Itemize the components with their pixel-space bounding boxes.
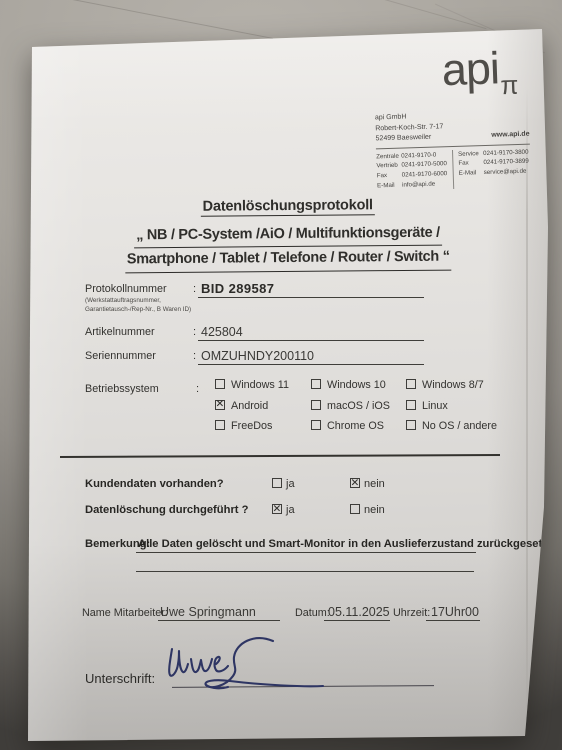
os-option-label: Chrome OS bbox=[327, 420, 384, 432]
kundendaten-nein-option: nein bbox=[350, 478, 385, 490]
colon: : bbox=[193, 350, 196, 362]
os-option-linux: Linux bbox=[406, 400, 546, 412]
checkbox bbox=[272, 478, 282, 488]
checkbox bbox=[311, 400, 321, 410]
checkbox bbox=[215, 420, 225, 430]
datenloeschung-nein-option: nein bbox=[350, 504, 385, 516]
artikelnummer-line bbox=[198, 340, 424, 341]
company-website: www.api.de bbox=[491, 130, 530, 142]
datenloeschung-ja-option: ja bbox=[272, 504, 295, 516]
bemerkung-line-1 bbox=[136, 552, 476, 553]
artikelnummer-value: 425804 bbox=[201, 325, 243, 339]
datum-label: Datum: bbox=[295, 607, 330, 619]
contact-value: info@api.de bbox=[402, 180, 435, 191]
checkbox bbox=[311, 379, 321, 389]
os-option-label: FreeDos bbox=[231, 420, 272, 432]
mitarbeiter-line bbox=[158, 620, 280, 621]
os-option-no-os: No OS / andere bbox=[406, 420, 546, 432]
os-option-label: Windows 11 bbox=[231, 379, 289, 391]
contact-label: E-Mail bbox=[377, 181, 402, 192]
checkbox bbox=[350, 478, 360, 488]
datenloeschung-question-label: Datenlöschung durchgeführt ? bbox=[85, 504, 248, 516]
betriebssystem-label: Betriebssystem bbox=[85, 383, 159, 395]
checkbox bbox=[406, 400, 416, 410]
os-option-freedos: FreeDos bbox=[215, 420, 311, 432]
nein-label: nein bbox=[364, 478, 385, 490]
datum-line bbox=[324, 620, 390, 621]
checkbox bbox=[406, 420, 416, 430]
protokollnummer-label: Protokollnummer bbox=[85, 283, 167, 295]
colon: : bbox=[193, 326, 196, 338]
logo-text: api bbox=[441, 42, 500, 95]
title-block: Datenlöschungsprotokoll „ NB / PC-System… bbox=[34, 195, 543, 274]
os-option-label: macOS / iOS bbox=[327, 400, 390, 412]
os-option-label: No OS / andere bbox=[422, 420, 497, 432]
colon: : bbox=[196, 383, 199, 395]
unterschrift-label: Unterschrift: bbox=[85, 671, 155, 686]
artikelnummer-label: Artikelnummer bbox=[85, 326, 155, 338]
os-option-windows-10: Windows 10 bbox=[311, 379, 406, 391]
os-option-label: Windows 8/7 bbox=[422, 379, 484, 391]
contact-label: E-Mail bbox=[459, 168, 484, 179]
os-option-windows-11: Windows 11 bbox=[215, 379, 311, 391]
seriennummer-label: Seriennummer bbox=[85, 350, 156, 362]
os-option-windows-8-7: Windows 8/7 bbox=[406, 379, 546, 391]
uhrzeit-value: 17Uhr00 bbox=[431, 605, 479, 619]
nein-label: nein bbox=[364, 504, 385, 516]
mitarbeiter-value: Uwe Springmann bbox=[160, 605, 256, 619]
document-subtitle-line1: „ NB / PC-System /AiO / Multifunktionsge… bbox=[134, 222, 442, 249]
checkbox bbox=[215, 400, 225, 410]
bemerkung-line-2 bbox=[136, 571, 474, 572]
document-title: Datenlöschungsprotokoll bbox=[201, 197, 375, 217]
ja-label: ja bbox=[286, 504, 295, 516]
contact-column-right: Service0241-9170-3800 Fax0241-9170-3899 … bbox=[452, 147, 530, 189]
os-option-label: Android bbox=[231, 400, 268, 412]
kundendaten-ja-option: ja bbox=[272, 478, 295, 490]
betriebssystem-options: Windows 11 Windows 10 Windows 8/7 Androi… bbox=[215, 379, 546, 432]
protokollnummer-line bbox=[198, 297, 424, 298]
seriennummer-line bbox=[198, 364, 424, 365]
uhrzeit-line bbox=[426, 620, 480, 621]
contact-value: service@api.de bbox=[484, 167, 527, 178]
letterhead-block: api GmbH Robert-Koch-Str. 7-17 52499 Bae… bbox=[375, 109, 531, 192]
os-option-label: Linux bbox=[422, 400, 448, 412]
os-option-android: Android bbox=[215, 400, 311, 412]
protokollnummer-value: BID 289587 bbox=[201, 281, 274, 296]
checkbox bbox=[350, 504, 360, 514]
uhrzeit-label: Uhrzeit: bbox=[393, 607, 430, 619]
protokollnummer-sublabel: (Werkstattauftragsnummer, Garantietausch… bbox=[85, 297, 191, 315]
paper-sheet: apiπ api GmbH Robert-Koch-Str. 7-17 5249… bbox=[0, 0, 562, 750]
os-option-chrome-os: Chrome OS bbox=[311, 420, 406, 432]
checkbox bbox=[406, 379, 416, 389]
ja-label: ja bbox=[286, 478, 295, 490]
checkbox bbox=[311, 420, 321, 430]
photo-of-form: { "colon": ":", "letterhead": { "logo_te… bbox=[0, 0, 562, 750]
mitarbeiter-label: Name Mitarbeiter: bbox=[82, 607, 168, 619]
os-option-label: Windows 10 bbox=[327, 379, 386, 391]
document-subtitle-line2: Smartphone / Tablet / Telefone / Router … bbox=[125, 246, 452, 273]
protokollnummer-sublabel-line1: (Werkstattauftragsnummer, bbox=[85, 297, 191, 306]
handwritten-signature bbox=[158, 633, 458, 705]
contact-column-left: Zentrale0241-9170-0 Vertrieb0241-9170-50… bbox=[376, 150, 453, 192]
company-city: 52499 Baesweiler bbox=[375, 133, 431, 145]
colon: : bbox=[193, 283, 196, 295]
api-logo: apiπ bbox=[381, 45, 519, 106]
checkbox bbox=[215, 379, 225, 389]
protokollnummer-sublabel-line2: Garantietausch-/Rep-Nr., B Waren ID) bbox=[85, 306, 191, 315]
os-option-macos-ios: macOS / iOS bbox=[311, 400, 406, 412]
seriennummer-value: OMZUHNDY200110 bbox=[201, 349, 314, 363]
datum-value: 05.11.2025 bbox=[328, 605, 390, 619]
kundendaten-question-label: Kundendaten vorhanden? bbox=[85, 478, 224, 490]
checkbox bbox=[272, 504, 282, 514]
section-divider bbox=[60, 454, 500, 458]
bemerkung-value: Alle Daten gelöscht und Smart-Monitor in… bbox=[138, 538, 555, 550]
logo-pi-symbol: π bbox=[500, 70, 519, 101]
